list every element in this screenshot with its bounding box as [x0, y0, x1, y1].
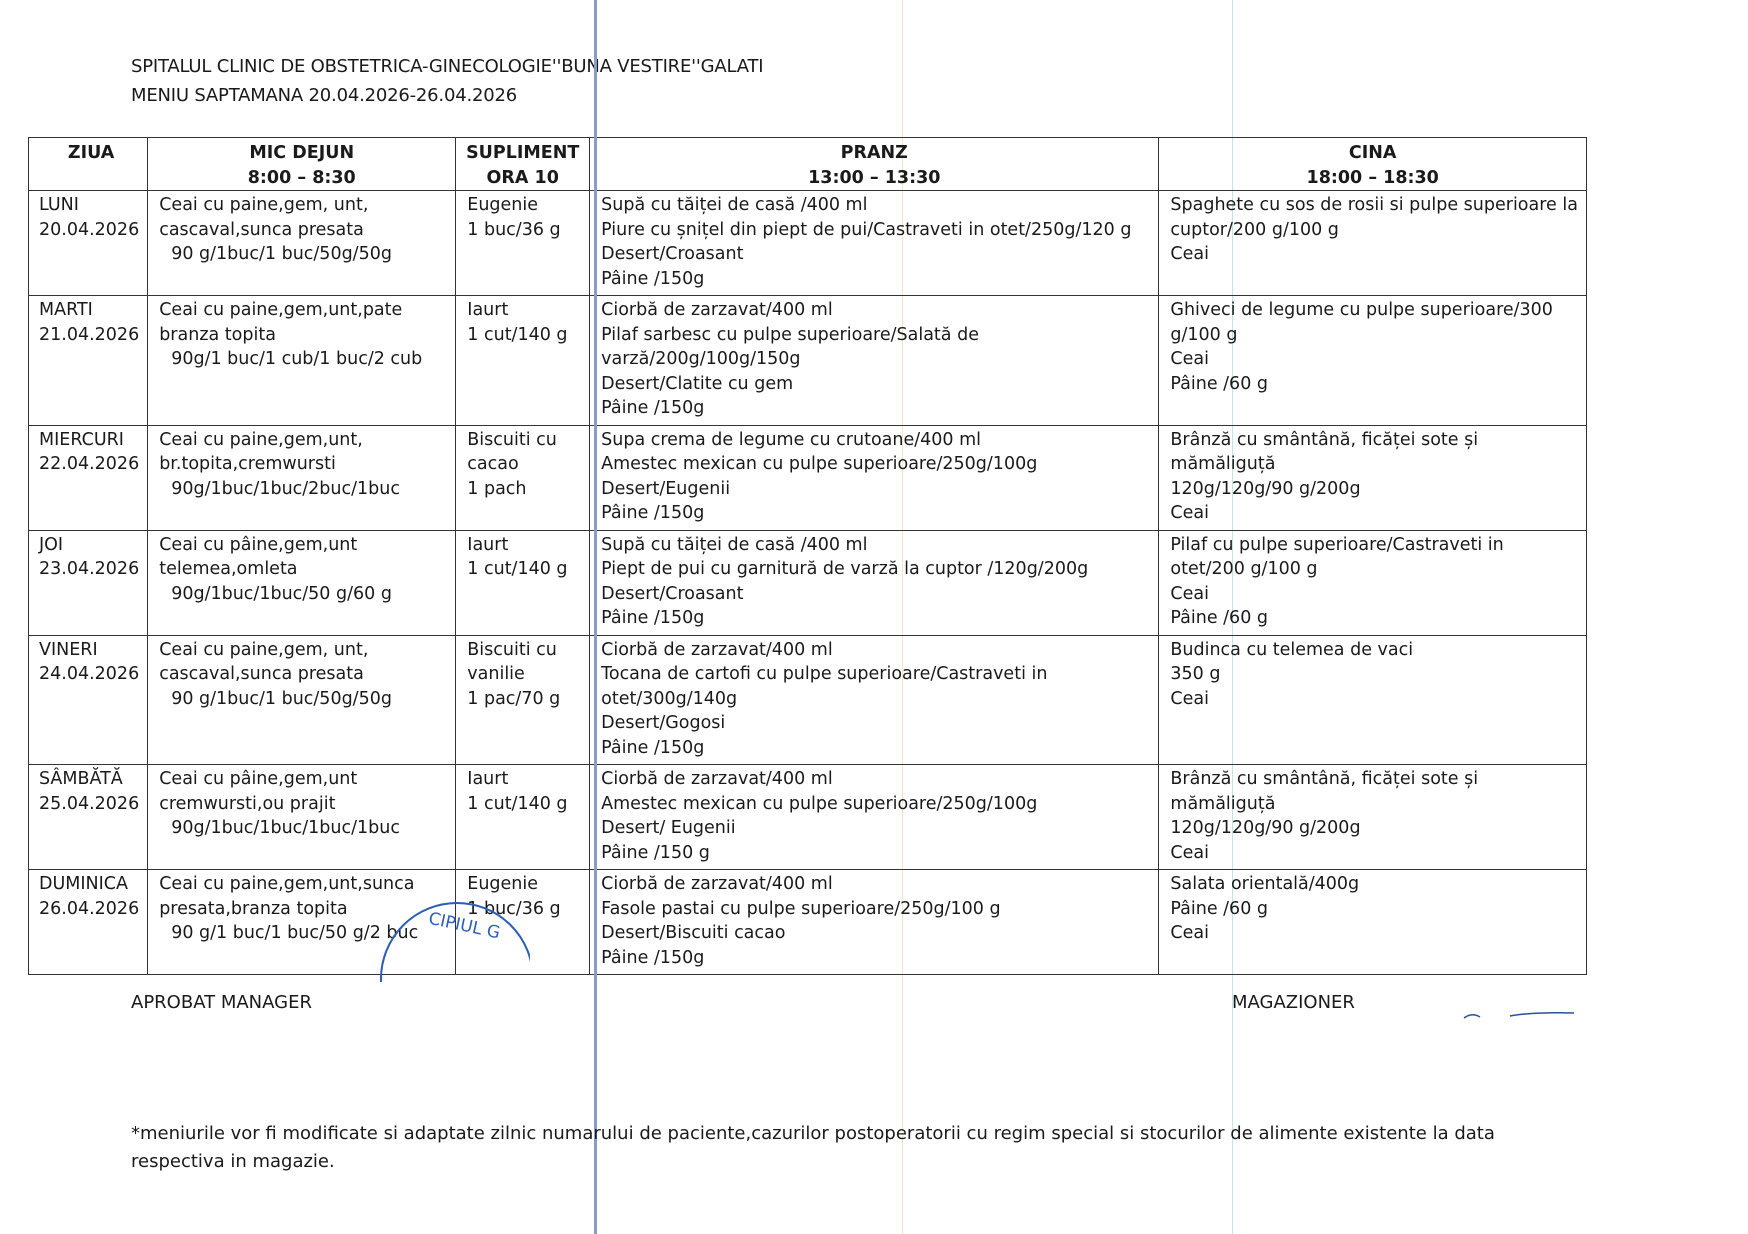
day-cell: MIERCURI22.04.2026 [29, 425, 148, 530]
lunch-cell: Ciorbă de zarzavat/400 mlPilaf sarbesc c… [590, 296, 1159, 426]
table-row: DUMINICA26.04.2026Ceai cu paine,gem,unt,… [29, 870, 1587, 975]
supplement-cell: Iaurt1 cut/140 g [456, 296, 590, 426]
table-header-row: ZIUA MIC DEJUN 8:00 – 8:30 SUPLIMENT ORA… [29, 138, 1587, 191]
table-row: VINERI24.04.2026Ceai cu paine,gem, unt,c… [29, 635, 1587, 765]
dinner-cell: Brânză cu smântână, ficăței sote șimămăl… [1159, 425, 1587, 530]
supplement-cell: Biscuiti cucacao1 pach [456, 425, 590, 530]
weekly-menu-table: ZIUA MIC DEJUN 8:00 – 8:30 SUPLIMENT ORA… [28, 137, 1587, 975]
dinner-cell: Budinca cu telemea de vaci350 gCeai [1159, 635, 1587, 765]
column-header-lunch: PRANZ 13:00 – 13:30 [590, 138, 1159, 191]
dinner-cell: Pilaf cu pulpe superioare/Castraveti ino… [1159, 530, 1587, 635]
dinner-cell: Ghiveci de legume cu pulpe superioare/30… [1159, 296, 1587, 426]
supplement-cell: Iaurt1 cut/140 g [456, 530, 590, 635]
lunch-cell: Ciorbă de zarzavat/400 mlAmestec mexican… [590, 765, 1159, 870]
supplement-cell: Biscuiti cuvanilie1 pac/70 g [456, 635, 590, 765]
hospital-name: SPITALUL CLINIC DE OBSTETRICA-GINECOLOGI… [131, 56, 763, 77]
breakfast-cell: Ceai cu pâine,gem,unttelemea,omleta90g/1… [148, 530, 456, 635]
dinner-cell: Brânză cu smântână, ficăței sote șimămăl… [1159, 765, 1587, 870]
lunch-cell: Supă cu tăiței de casă /400 mlPiure cu ș… [590, 191, 1159, 296]
day-cell: JOI23.04.2026 [29, 530, 148, 635]
supplement-cell: Eugenie1 buc/36 g [456, 191, 590, 296]
footnote: *meniurile vor fi modificate si adaptate… [131, 1120, 1531, 1176]
lunch-cell: Ciorbă de zarzavat/400 mlFasole pastai c… [590, 870, 1159, 975]
menu-title: MENIU SAPTAMANA 20.04.2026-26.04.2026 [131, 85, 517, 106]
signature-icon [1462, 1010, 1577, 1020]
column-header-supplement: SUPLIMENT ORA 10 [456, 138, 590, 191]
breakfast-cell: Ceai cu paine,gem,unt,patebranza topita9… [148, 296, 456, 426]
table-row: MIERCURI22.04.2026Ceai cu paine,gem,unt,… [29, 425, 1587, 530]
scan-artifact-line [594, 0, 597, 1234]
manager-approval-label: APROBAT MANAGER [131, 992, 312, 1013]
breakfast-cell: Ceai cu pâine,gem,untcremwursti,ou praji… [148, 765, 456, 870]
day-cell: LUNI20.04.2026 [29, 191, 148, 296]
table-row: MARTI21.04.2026Ceai cu paine,gem,unt,pat… [29, 296, 1587, 426]
lunch-cell: Supa crema de legume cu crutoane/400 mlA… [590, 425, 1159, 530]
column-header-breakfast: MIC DEJUN 8:00 – 8:30 [148, 138, 456, 191]
day-cell: SÂMBĂTĂ25.04.2026 [29, 765, 148, 870]
table-body: LUNI20.04.2026Ceai cu paine,gem, unt,cas… [29, 191, 1587, 975]
dinner-cell: Salata orientală/400gPâine /60 gCeai [1159, 870, 1587, 975]
breakfast-cell: Ceai cu paine,gem,unt,br.topita,cremwurs… [148, 425, 456, 530]
table-row: SÂMBĂTĂ25.04.2026Ceai cu pâine,gem,untcr… [29, 765, 1587, 870]
lunch-cell: Ciorbă de zarzavat/400 mlTocana de carto… [590, 635, 1159, 765]
day-cell: DUMINICA26.04.2026 [29, 870, 148, 975]
breakfast-cell: Ceai cu paine,gem, unt,cascaval,sunca pr… [148, 191, 456, 296]
lunch-cell: Supă cu tăiței de casă /400 mlPiept de p… [590, 530, 1159, 635]
supplement-cell: Iaurt1 cut/140 g [456, 765, 590, 870]
column-header-day: ZIUA [29, 138, 148, 191]
column-header-dinner: CINA 18:00 – 18:30 [1159, 138, 1587, 191]
storekeeper-label: MAGAZIONER [1232, 992, 1355, 1013]
day-cell: MARTI21.04.2026 [29, 296, 148, 426]
breakfast-cell: Ceai cu paine,gem, unt,cascaval,sunca pr… [148, 635, 456, 765]
table-row: JOI23.04.2026Ceai cu pâine,gem,untteleme… [29, 530, 1587, 635]
table-row: LUNI20.04.2026Ceai cu paine,gem, unt,cas… [29, 191, 1587, 296]
dinner-cell: Spaghete cu sos de rosii si pulpe superi… [1159, 191, 1587, 296]
official-stamp: CIPIUL G [380, 902, 530, 982]
day-cell: VINERI24.04.2026 [29, 635, 148, 765]
